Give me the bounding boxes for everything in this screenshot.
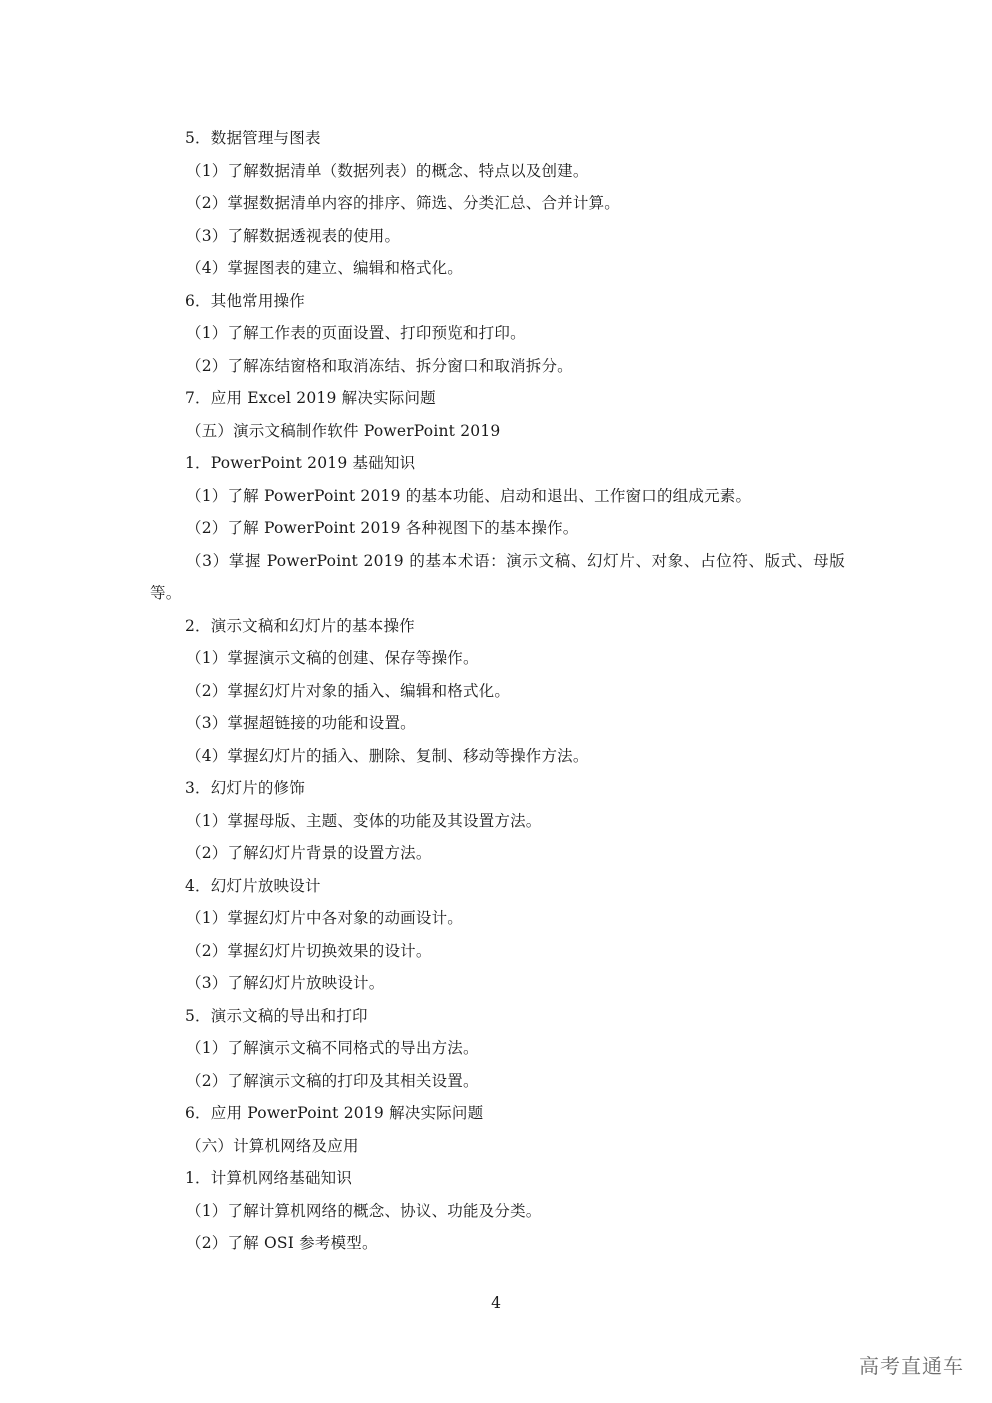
sub-item: （1）了解 PowerPoint 2019 的基本功能、启动和退出、工作窗口的组… [150,480,845,513]
item-heading: 1．PowerPoint 2019 基础知识 [150,447,845,480]
sub-item: （2）了解演示文稿的打印及其相关设置。 [150,1065,845,1098]
item-heading: 6．应用 PowerPoint 2019 解决实际问题 [150,1097,845,1130]
item-heading: 1．计算机网络基础知识 [150,1162,845,1195]
sub-item: （2）了解幻灯片背景的设置方法。 [150,837,845,870]
item-heading: 3．幻灯片的修饰 [150,772,845,805]
item-heading: 7．应用 Excel 2019 解决实际问题 [150,382,845,415]
watermark-text: 高考直通车 [859,1350,964,1379]
sub-item: （2）掌握幻灯片切换效果的设计。 [150,935,845,968]
sub-item: （2）了解 PowerPoint 2019 各种视图下的基本操作。 [150,512,845,545]
item-heading: 4．幻灯片放映设计 [150,870,845,903]
section-heading: （五）演示文稿制作软件 PowerPoint 2019 [150,415,845,448]
sub-item: （1）了解演示文稿不同格式的导出方法。 [150,1032,845,1065]
sub-item: （1）了解数据清单（数据列表）的概念、特点以及创建。 [150,155,845,188]
sub-item-wrapped: （3）掌握 PowerPoint 2019 的基本术语：演示文稿、幻灯片、对象、… [150,545,845,610]
sub-item: （1）掌握幻灯片中各对象的动画设计。 [150,902,845,935]
page-number: 4 [0,1292,992,1314]
item-heading: 5．数据管理与图表 [150,122,845,155]
section-heading: （六）计算机网络及应用 [150,1130,845,1163]
sub-item: （1）掌握演示文稿的创建、保存等操作。 [150,642,845,675]
sub-item: （3）了解数据透视表的使用。 [150,220,845,253]
sub-item: （4）掌握图表的建立、编辑和格式化。 [150,252,845,285]
sub-item: （2）了解冻结窗格和取消冻结、拆分窗口和取消拆分。 [150,350,845,383]
sub-item: （2）掌握数据清单内容的排序、筛选、分类汇总、合并计算。 [150,187,845,220]
document-page: 5．数据管理与图表 （1）了解数据清单（数据列表）的概念、特点以及创建。 （2）… [0,0,992,1403]
sub-item: （2）掌握幻灯片对象的插入、编辑和格式化。 [150,675,845,708]
sub-item: （1）了解计算机网络的概念、协议、功能及分类。 [150,1195,845,1228]
item-heading: 6．其他常用操作 [150,285,845,318]
item-heading: 2．演示文稿和幻灯片的基本操作 [150,610,845,643]
sub-item: （3）了解幻灯片放映设计。 [150,967,845,1000]
sub-item: （2）了解 OSI 参考模型。 [150,1227,845,1260]
document-body: 5．数据管理与图表 （1）了解数据清单（数据列表）的概念、特点以及创建。 （2）… [150,122,845,1260]
sub-item: （3）掌握超链接的功能和设置。 [150,707,845,740]
sub-item: （1）了解工作表的页面设置、打印预览和打印。 [150,317,845,350]
sub-item: （4）掌握幻灯片的插入、删除、复制、移动等操作方法。 [150,740,845,773]
item-heading: 5．演示文稿的导出和打印 [150,1000,845,1033]
sub-item: （1）掌握母版、主题、变体的功能及其设置方法。 [150,805,845,838]
